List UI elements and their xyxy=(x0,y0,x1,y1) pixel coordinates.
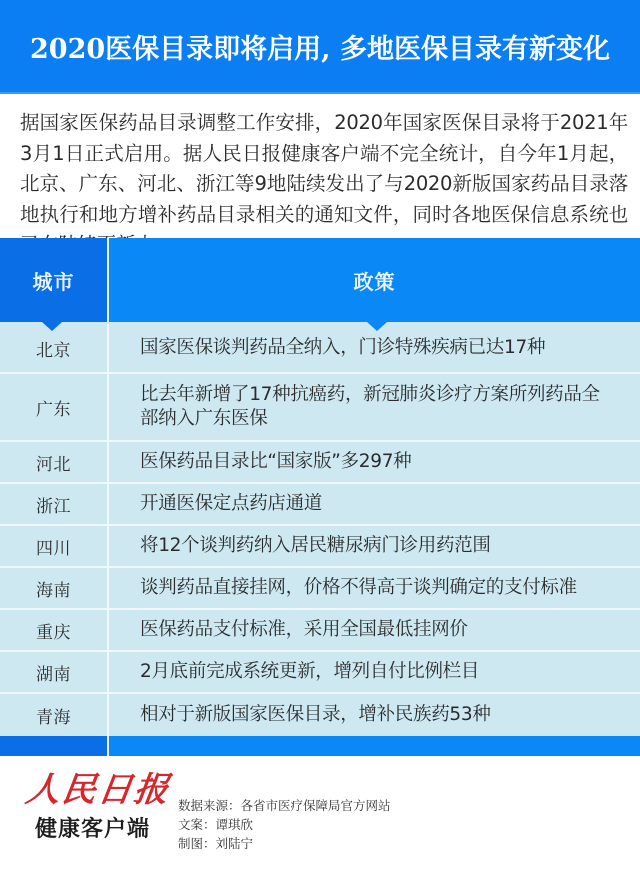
policy-cell: 国家医保谈判药品全纳入，门诊特殊疾病已达17种 xyxy=(109,324,640,372)
policy-cell: 比去年新增了17种抗癌药，新冠肺炎诊疗方案所列药品全部纳入广东医保 xyxy=(109,374,640,440)
city-cell: 浙江 xyxy=(0,484,107,524)
credit-data-source: 数据来源：各省市医疗保障局官方网站 xyxy=(178,796,391,815)
logo-subtitle: 健康客户端 xyxy=(26,814,166,844)
column-header-city-label: 城市 xyxy=(33,266,75,295)
city-cell: 海南 xyxy=(0,568,107,608)
table-row: 北京 国家医保谈判药品全纳入，门诊特殊疾病已达17种 xyxy=(0,322,640,374)
peoples-daily-health-logo: 人民日报 健康客户端 xyxy=(26,770,166,844)
table-row: 四川 将12个谈判药纳入居民糖尿病门诊用药范围 xyxy=(0,526,640,568)
footer-bar-policy xyxy=(109,736,640,756)
city-cell: 重庆 xyxy=(0,610,107,650)
table-row: 重庆 医保药品支付标准，采用全国最低挂网价 xyxy=(0,610,640,652)
city-cell: 广东 xyxy=(0,374,107,440)
policy-cell: 将12个谈判药纳入居民糖尿病门诊用药范围 xyxy=(109,526,640,566)
pointer-down-icon xyxy=(367,322,387,331)
table-row: 湖南 2月底前完成系统更新，增列自付比例栏目 xyxy=(0,652,640,694)
table-row: 广东 比去年新增了17种抗癌药，新冠肺炎诊疗方案所列药品全部纳入广东医保 xyxy=(0,374,640,442)
table-row: 海南 谈判药品直接挂网，价格不得高于谈判确定的支付标准 xyxy=(0,568,640,610)
policy-cell: 2月底前完成系统更新，增列自付比例栏目 xyxy=(109,652,640,692)
table-footer-bar xyxy=(0,736,640,756)
table-header: 城市 政策 xyxy=(0,238,640,322)
table-row: 河北 医保药品目录比“国家版”多297种 xyxy=(0,442,640,484)
policy-cell: 医保药品支付标准，采用全国最低挂网价 xyxy=(109,610,640,650)
credits: 数据来源：各省市医疗保障局官方网站 文案：谭琪欣 制图：刘陆宁 xyxy=(178,796,391,853)
city-cell: 湖南 xyxy=(0,652,107,692)
title-banner: 2020医保目录即将启用, 多地医保目录有新变化 xyxy=(0,0,640,94)
column-header-city: 城市 xyxy=(0,238,107,322)
footer-bar-city xyxy=(0,736,107,756)
policy-cell: 谈判药品直接挂网，价格不得高于谈判确定的支付标准 xyxy=(109,568,640,608)
logo-calligraphy: 人民日报 xyxy=(23,770,169,810)
city-cell: 河北 xyxy=(0,442,107,482)
city-cell: 青海 xyxy=(0,694,107,736)
table-row: 浙江 开通医保定点药店通道 xyxy=(0,484,640,526)
table-row: 青海 相对于新版国家医保目录，增补民族药53种 xyxy=(0,694,640,736)
column-header-policy-label: 政策 xyxy=(354,266,396,295)
pointer-down-icon xyxy=(42,322,62,331)
credit-copywriter: 文案：谭琪欣 xyxy=(178,815,391,834)
city-cell: 北京 xyxy=(0,324,107,372)
column-header-policy: 政策 xyxy=(109,238,640,322)
city-cell: 四川 xyxy=(0,526,107,566)
policy-cell: 开通医保定点药店通道 xyxy=(109,484,640,524)
policy-cell: 相对于新版国家医保目录，增补民族药53种 xyxy=(109,694,640,736)
credit-designer: 制图：刘陆宁 xyxy=(178,834,391,853)
policy-cell: 医保药品目录比“国家版”多297种 xyxy=(109,442,640,482)
policy-table: 城市 政策 北京 国家医保谈判药品全纳入，门诊特殊疾病已达17种 广东 比去年新… xyxy=(0,238,640,756)
page-title: 2020医保目录即将启用, 多地医保目录有新变化 xyxy=(30,27,610,66)
